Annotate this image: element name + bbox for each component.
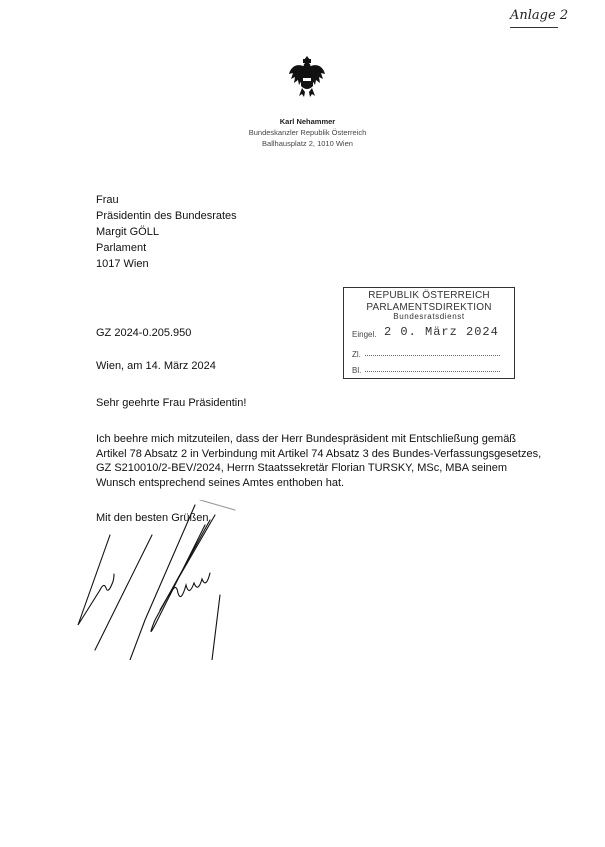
letter-date: Wien, am 14. März 2024 — [96, 360, 216, 372]
stamp-line-2: PARLAMENTSDIREKTION — [344, 303, 514, 312]
sender-name: Karl Nehammer — [200, 116, 415, 127]
recipient-line: 1017 Wien — [96, 256, 237, 272]
stamp-line-3: Bundesratsdienst — [344, 312, 514, 321]
recipient-line: Parlament — [96, 240, 237, 256]
stamp-bl-row: Bl. — [352, 366, 500, 375]
stamp-bl-label: Bl. — [352, 366, 361, 375]
annotation-underline — [510, 27, 558, 28]
recipient-line: Präsidentin des Bundesrates — [96, 208, 237, 224]
stamp-line-1: REPUBLIK ÖSTERREICH — [344, 291, 514, 300]
letterhead: Karl Nehammer Bundeskanzler Republik Öst… — [200, 116, 415, 149]
sender-title: Bundeskanzler Republik Österreich — [200, 127, 415, 138]
stamp-zl-row: Zl. — [352, 350, 500, 359]
stamp-eingel-label: Eingel. — [352, 330, 376, 339]
recipient-line: Frau — [96, 192, 237, 208]
salutation: Sehr geehrte Frau Präsidentin! — [96, 397, 246, 409]
received-stamp: REPUBLIK ÖSTERREICH PARLAMENTSDIREKTION … — [343, 287, 515, 379]
stamp-bl-dots — [365, 371, 500, 372]
recipient-address: Frau Präsidentin des Bundesrates Margit … — [96, 192, 237, 272]
stamp-zl-label: Zl. — [352, 350, 361, 359]
austrian-eagle-crest-icon — [288, 52, 326, 100]
stamp-zl-dots — [365, 355, 500, 356]
recipient-line: Margit GÖLL — [96, 224, 237, 240]
handwritten-signature-icon — [60, 500, 260, 660]
body-paragraph: Ich beehre mich mitzuteilen, dass der He… — [96, 432, 546, 490]
sender-address: Ballhausplatz 2, 1010 Wien — [200, 138, 415, 149]
reference-number: GZ 2024-0.205.950 — [96, 327, 191, 339]
annotation-handwritten: Anlage 2 — [510, 8, 568, 23]
stamp-received-date: 2 0. März 2024 — [384, 325, 499, 339]
